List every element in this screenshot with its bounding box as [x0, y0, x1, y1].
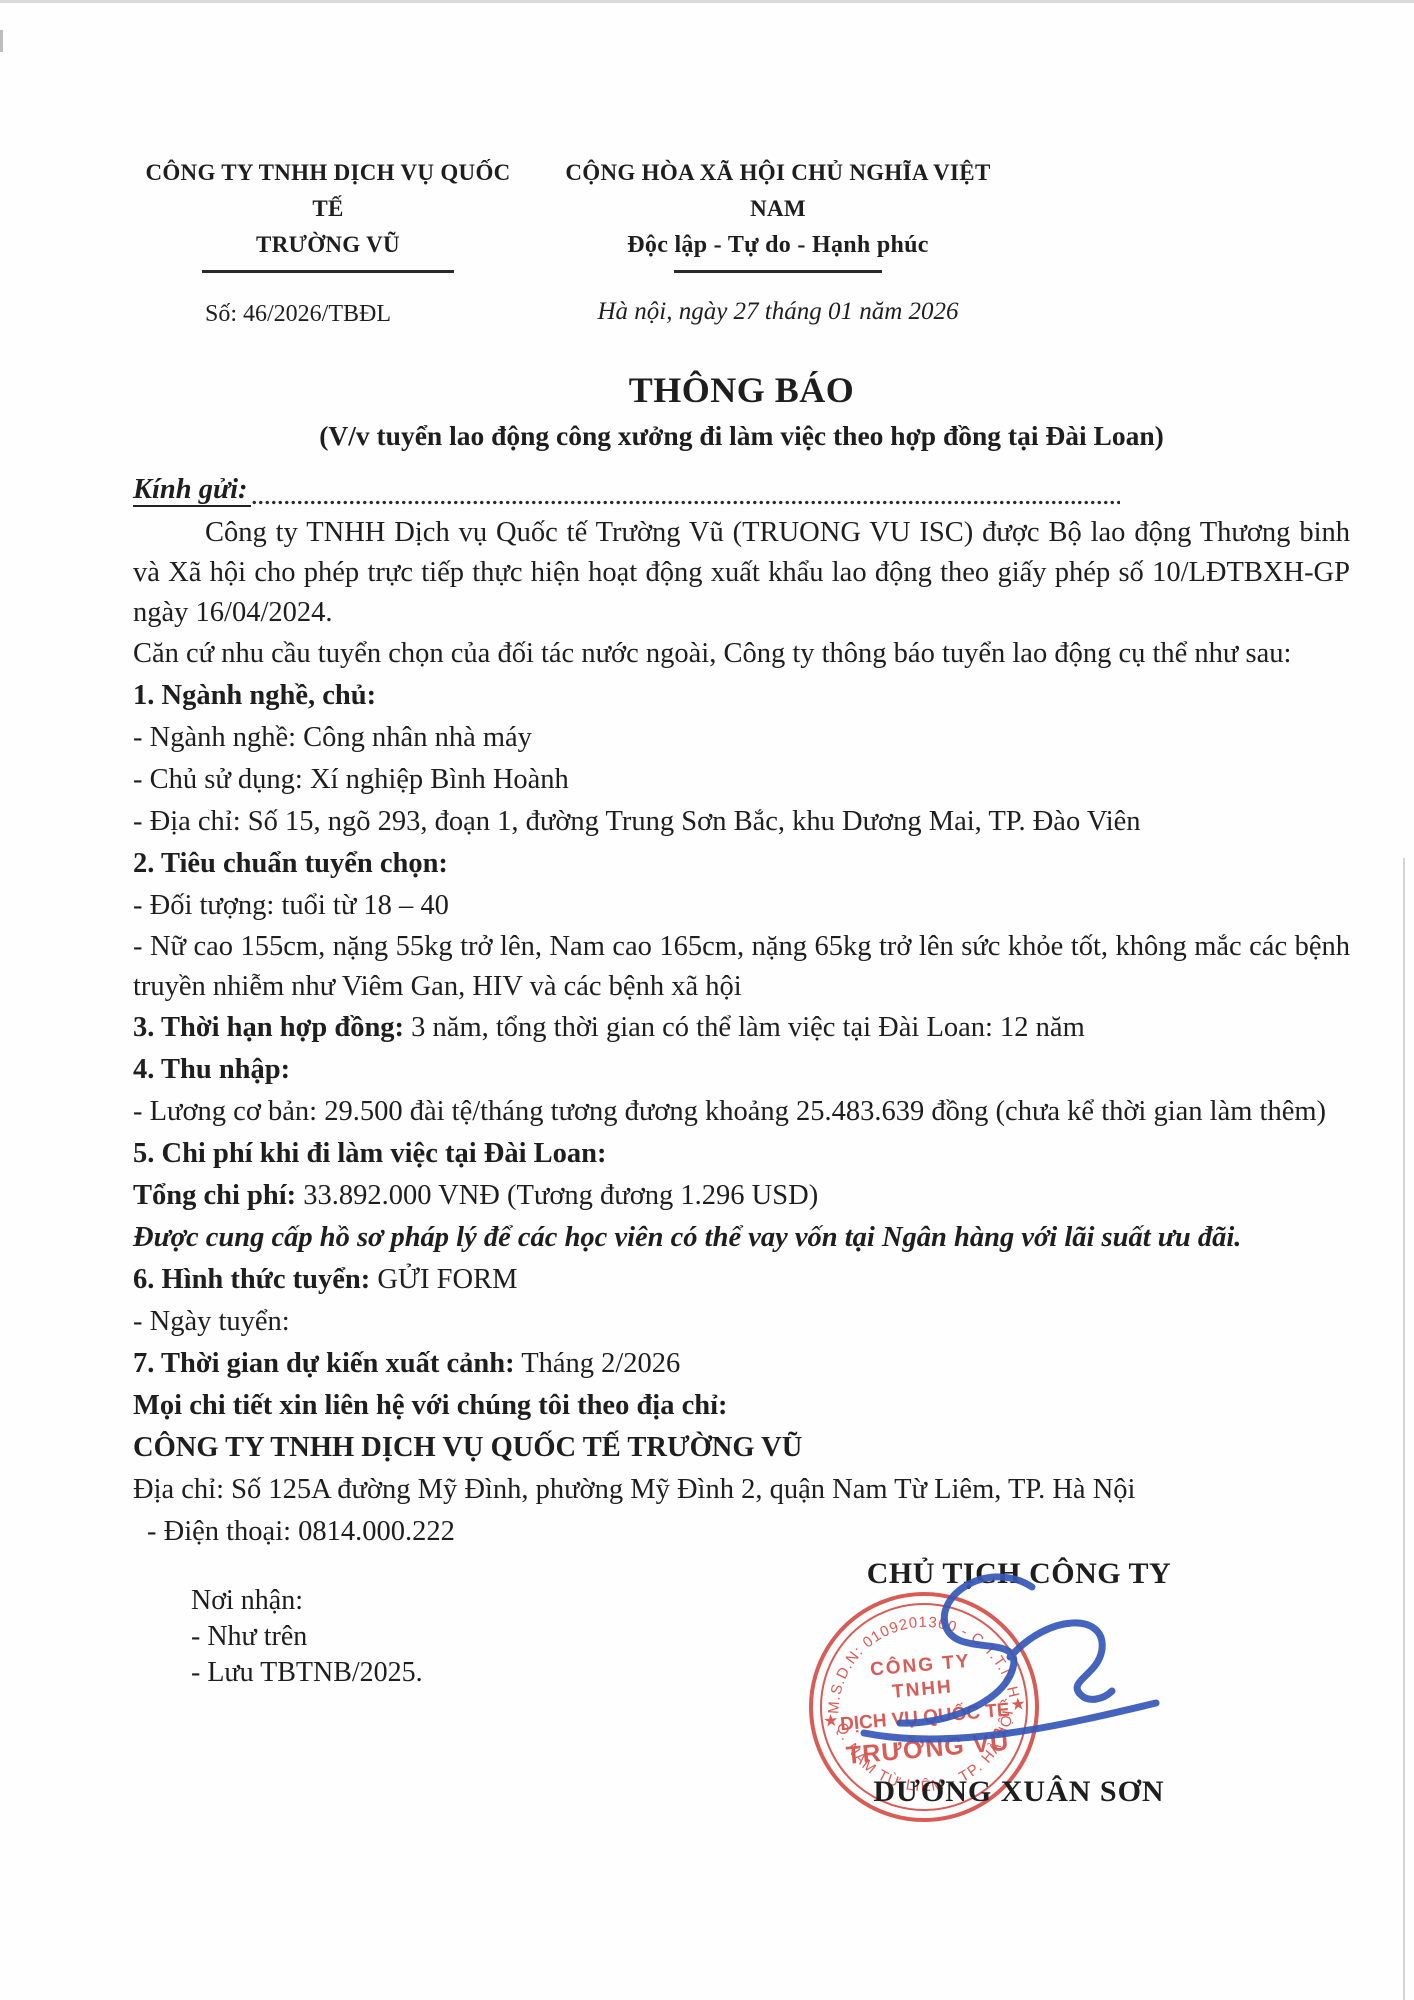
recipients-label: Nơi nhận:	[191, 1583, 423, 1619]
basis-paragraph: Căn cứ nhu cầu tuyển chọn của đối tác nư…	[133, 633, 1350, 675]
doc-line-moi-chi-tiet: Mọi chi tiết xin liên hệ với chúng tôi t…	[133, 1385, 1350, 1427]
doc-line-section5-heading: 5. Chi phí khi đi làm việc tại Đài Loan:	[133, 1133, 1350, 1175]
document-footer: Nơi nhận: - Như trên - Lưu TBTNB/2025. C…	[133, 1557, 1350, 1833]
issuing-company-block: CÔNG TY TNHH DỊCH VỤ QUỐC TẾ TRƯỜNG VŨ S…	[133, 155, 523, 329]
company-name-line2: TRƯỜNG VŨ	[133, 227, 523, 263]
scanned-document-page: CÔNG TY TNHH DỊCH VỤ QUỐC TẾ TRƯỜNG VŨ S…	[0, 0, 1414, 2000]
intro-paragraph: Công ty TNHH Dịch vụ Quốc tế Trường Vũ (…	[133, 513, 1350, 633]
dotted-leader	[251, 475, 1121, 505]
place-date-line: Hà nội, ngày 27 tháng 01 năm 2026	[553, 297, 1003, 327]
header-divider-right	[674, 270, 882, 273]
signature-stroke-tail	[1010, 1623, 1112, 1699]
doc-line-nganh-nghe: - Ngành nghề: Công nhân nhà máy	[133, 717, 1350, 759]
recipient-item: - Lưu TBTNB/2025.	[191, 1655, 423, 1691]
document-subtitle: (V/v tuyển lao động công xưởng đi làm vi…	[133, 417, 1350, 455]
signature-block: CHỦ TỊCH CÔNG TY M.S.D.	[804, 1557, 1234, 1833]
doc-line-contact-address: Địa chỉ: Số 125A đường Mỹ Đình, phường M…	[133, 1469, 1350, 1511]
doc-line-doi-tuong: - Đối tượng: tuổi từ 18 – 40	[133, 885, 1350, 927]
doc-line-section3-thoi-han: 3. Thời hạn hợp đồng: 3 năm, tổng thời g…	[133, 1007, 1350, 1049]
document-content: CÔNG TY TNHH DỊCH VỤ QUỐC TẾ TRƯỜNG VŨ S…	[0, 0, 1414, 1833]
signer-name: DƯƠNG XUÂN SƠN	[804, 1775, 1234, 1809]
document-header: CÔNG TY TNHH DỊCH VỤ QUỐC TẾ TRƯỜNG VŨ S…	[133, 155, 1350, 329]
national-motto-line: Độc lập - Tự do - Hạnh phúc	[553, 227, 1003, 263]
salutation-row: Kính gửi:	[133, 475, 1120, 507]
doc-line-dia-chi-chu: - Địa chỉ: Số 15, ngõ 293, đoạn 1, đường…	[133, 801, 1350, 843]
doc-line-ho-so-phap-ly: Được cung cấp hồ sơ pháp lý để các học v…	[133, 1217, 1350, 1259]
doc-line-contact-phone: - Điện thoại: 0814.000.222	[133, 1511, 1350, 1553]
doc-line-tong-chi-phi: Tổng chi phí: 33.892.000 VNĐ (Tương đươn…	[133, 1175, 1350, 1217]
doc-line-section6-hinh-thuc: 6. Hình thức tuyển: GỬI FORM	[133, 1259, 1350, 1301]
document-title: THÔNG BÁO	[133, 369, 1350, 411]
doc-line-section7-xuat-canh: 7. Thời gian dự kiến xuất cảnh: Tháng 2/…	[133, 1343, 1350, 1385]
doc-line-section1-heading: 1. Ngành nghề, chủ:	[133, 675, 1350, 717]
recipient-item: - Như trên	[191, 1619, 423, 1655]
salutation-label: Kính gửi:	[133, 475, 251, 507]
doc-line-section2-heading: 2. Tiêu chuẩn tuyển chọn:	[133, 843, 1350, 885]
doc-line-ngay-tuyen: - Ngày tuyển:	[133, 1301, 1350, 1343]
national-name-line: CỘNG HÒA XÃ HỘI CHỦ NGHĨA VIỆT NAM	[553, 155, 1003, 227]
header-divider-left	[202, 270, 454, 273]
doc-line-contact-company: CÔNG TY TNHH DỊCH VỤ QUỐC TẾ TRƯỜNG VŨ	[133, 1427, 1350, 1469]
company-name-line1: CÔNG TY TNHH DỊCH VỤ QUỐC TẾ	[133, 155, 523, 227]
doc-line-the-chat: - Nữ cao 155cm, nặng 55kg trở lên, Nam c…	[133, 927, 1350, 1007]
handwritten-signature	[834, 1565, 1164, 1765]
doc-line-section4-heading: 4. Thu nhập:	[133, 1049, 1350, 1091]
recipients-block: Nơi nhận: - Như trên - Lưu TBTNB/2025.	[133, 1557, 423, 1833]
doc-line-luong-co-ban: - Lương cơ bản: 29.500 đài tệ/tháng tươn…	[133, 1091, 1350, 1133]
national-motto-block: CỘNG HÒA XÃ HỘI CHỦ NGHĨA VIỆT NAM Độc l…	[553, 155, 1003, 327]
document-number: Số: 46/2026/TBĐL	[133, 299, 523, 329]
doc-line-chu-su-dung: - Chủ sử dụng: Xí nghiệp Bình Hoành	[133, 759, 1350, 801]
